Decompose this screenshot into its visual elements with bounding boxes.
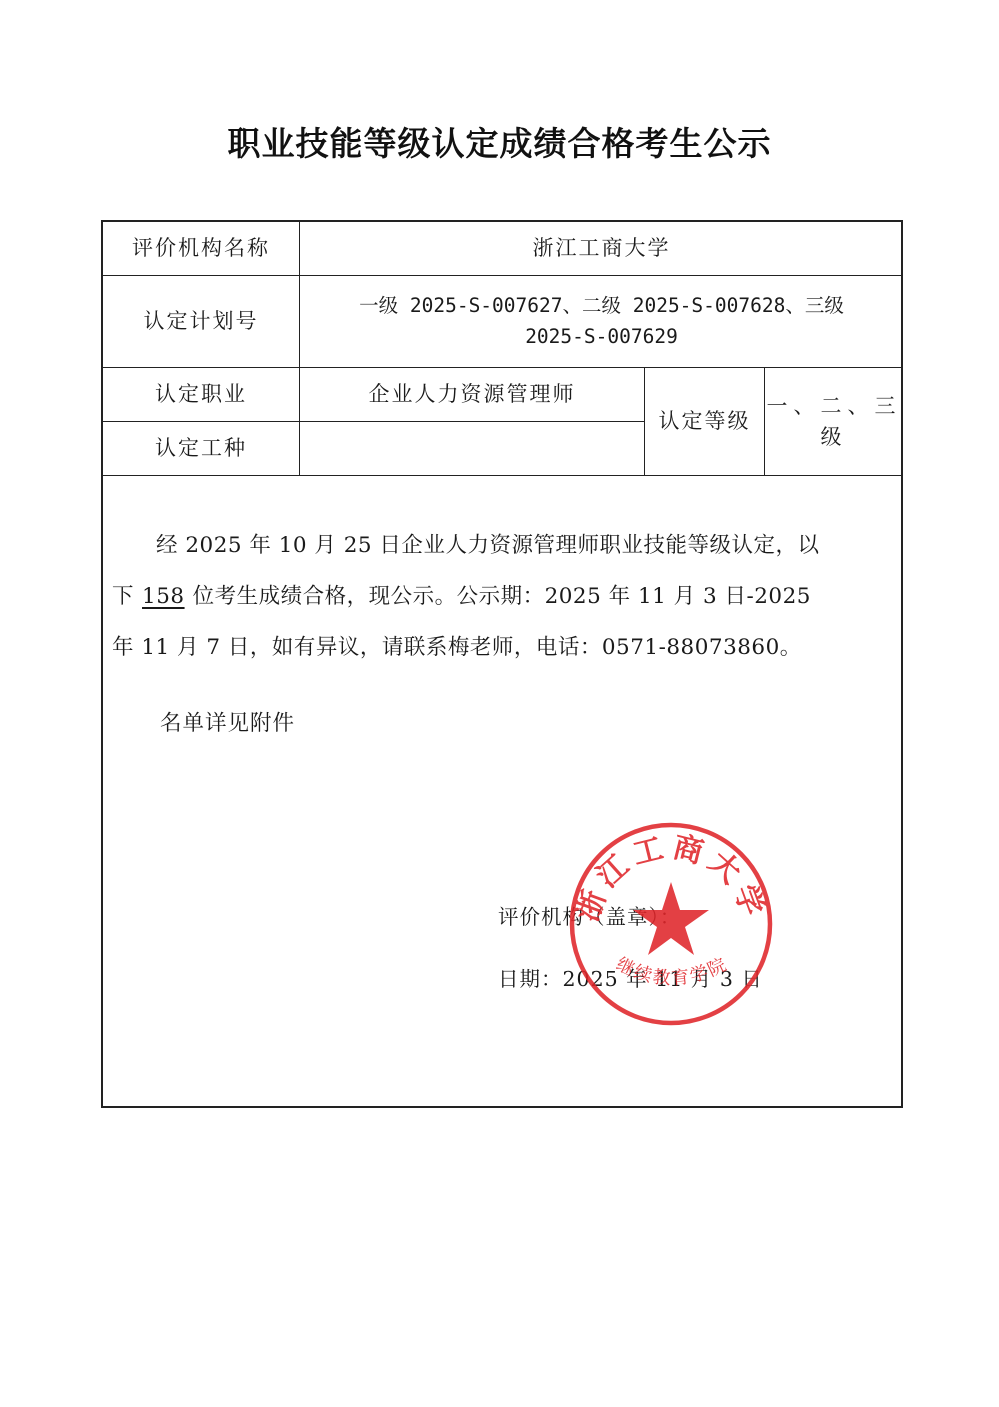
trade-value xyxy=(300,422,644,475)
org-name-label: 评价机构名称 xyxy=(103,222,299,275)
level-value-line-1: 一、二、三 xyxy=(767,391,902,421)
page-title: 职业技能等级认定成绩合格考生公示 xyxy=(0,118,999,165)
occupation-label: 认定职业 xyxy=(103,368,299,421)
body-line-3: 年 11 月 7 日，如有异议，请联系梅老师，电话：0571-88073860。 xyxy=(112,622,898,673)
plan-number-value: 一级 2025-S-007627、二级 2025-S-007628、三级 202… xyxy=(300,276,903,367)
body-line-1: 经 2025 年 10 月 25 日企业人力资源管理师职业技能等级认定，以 xyxy=(112,520,898,571)
body-line-2-suffix: 位考生成绩合格，现公示。公示期：2025 年 11 月 3 日-2025 xyxy=(193,584,811,609)
attachment-note: 名单详见附件 xyxy=(160,706,295,737)
row-divider xyxy=(103,475,903,476)
body-line-2-prefix: 下 xyxy=(112,584,134,609)
plan-number-line-1: 一级 2025-S-007627、二级 2025-S-007628、三级 xyxy=(359,291,844,321)
plan-number-line-2: 2025-S-007629 xyxy=(525,322,678,352)
occupation-value: 企业人力资源管理师 xyxy=(300,368,644,421)
passed-count: 158 xyxy=(134,584,193,609)
signature-date: 日期：2025 年 11 月 3 日 xyxy=(498,962,763,992)
level-label: 认定等级 xyxy=(645,368,764,475)
trade-label: 认定工种 xyxy=(103,422,299,475)
org-name-value: 浙江工商大学 xyxy=(300,222,903,275)
plan-number-label: 认定计划号 xyxy=(103,276,299,367)
signature-org-label: 评价机构（盖章）： xyxy=(498,900,681,930)
level-value: 一、二、三 级 xyxy=(765,368,903,475)
announcement-body: 经 2025 年 10 月 25 日企业人力资源管理师职业技能等级认定，以 下1… xyxy=(112,520,898,673)
body-line-2: 下158位考生成绩合格，现公示。公示期：2025 年 11 月 3 日-2025 xyxy=(112,571,898,622)
level-value-line-2: 级 xyxy=(821,422,848,452)
